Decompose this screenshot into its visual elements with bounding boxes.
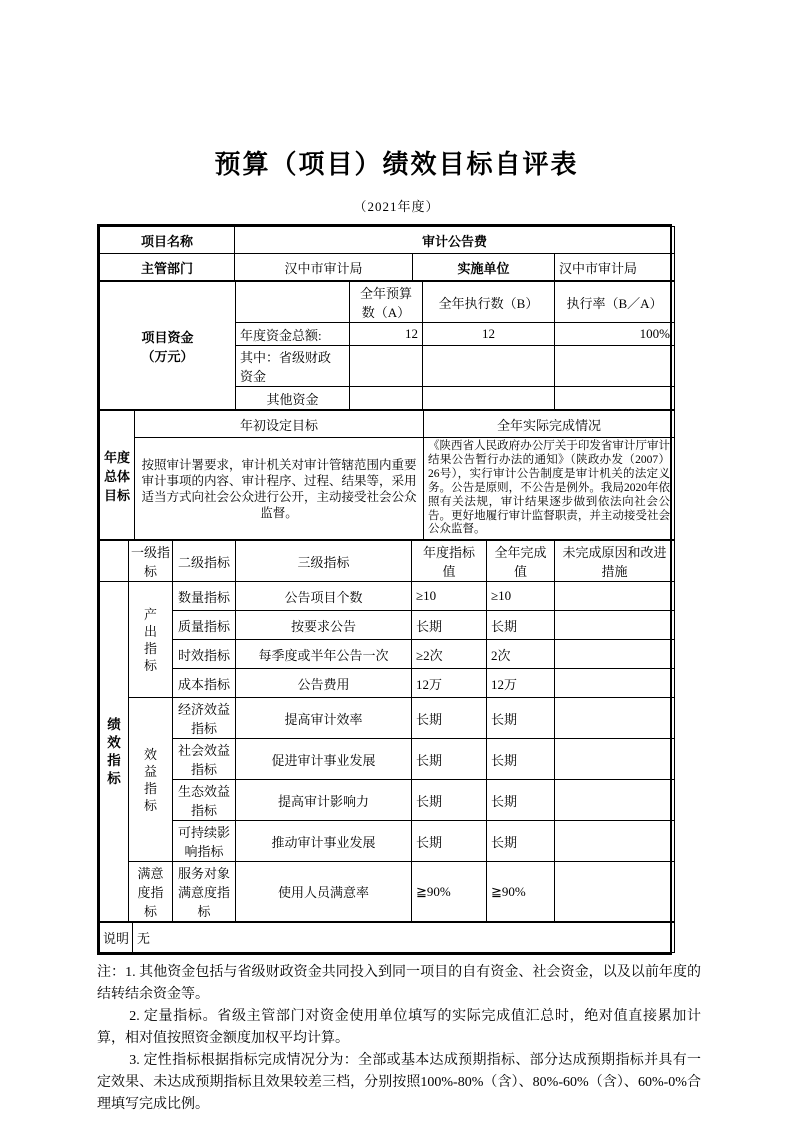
l3-cell: 使用人员满意率 [236,862,412,922]
done-value-cell: 2次 [487,640,555,669]
table-row: 说明 无 [100,923,675,953]
l3-cell: 按要求公告 [236,611,412,640]
done-value-cell: 长期 [487,780,555,821]
l2-cell: 成本指标 [173,669,236,698]
impl-label: 实施单位 [413,254,555,281]
annual-value-cell: 长期 [412,698,487,739]
annual-goal-label: 年度总体目标 [100,411,135,540]
table-row: 项目名称 审计公告费 [100,227,675,254]
l3-cell: 促进审计事业发展 [236,739,412,780]
annual-value-cell: 长期 [412,611,487,640]
done-value-cell: 长期 [487,821,555,862]
funds-section: 项目资金（万元） 全年预算数（A） 全年执行数（B） 执行率（B／A） 年度资金… [99,281,675,410]
table-row: 年度总体目标 年初设定目标 全年实际完成情况 [100,411,675,438]
group-benefit-label: 效益指标 [129,698,173,862]
reason-cell [555,739,675,780]
dept-value: 汉中市审计局 [235,254,413,281]
goal-set-text: 按照审计署要求，审计机关对审计管辖范围内重要审计事项的内容、审计程序、过程、结果… [135,438,424,540]
project-name-label: 项目名称 [100,227,235,254]
l3-cell: 提高审计效率 [236,698,412,739]
col-budget-header: 全年预算数（A） [350,282,423,323]
reason-cell [555,582,675,611]
funds-total-budget: 12 [350,323,423,346]
funds-other-exec [423,387,555,410]
l2-cell: 服务对象满意度指标 [173,862,236,922]
l2-cell: 社会效益指标 [173,739,236,780]
l2-cell: 经济效益指标 [173,698,236,739]
indicator-row: 成本指标 公告费用 12万 12万 [100,669,675,698]
done-value-cell: 长期 [487,739,555,780]
indicator-row: 社会效益指标 促进审计事业发展 长期 长期 [100,739,675,780]
l1-header: 一级指标 [129,541,173,582]
goal-actual-text: 《陕西省人民政府办公厅关于印发省审计厅审计结果公告暂行办法的通知》（陕政办发（2… [424,438,675,540]
l2-header: 二级指标 [173,541,236,582]
reason-cell [555,611,675,640]
table-row: 主管部门 汉中市审计局 实施单位 汉中市审计局 [100,254,675,281]
done-value-header: 全年完成值 [487,541,555,582]
funds-label: 项目资金（万元） [100,282,236,410]
l3-cell: 每季度或半年公告一次 [236,640,412,669]
funds-total-rate: 100% [555,323,675,346]
footnote-2: 2. 定量指标。省级主管部门对资金使用单位填写的实际完成值汇总时，绝对值直接累加… [97,1006,701,1050]
funds-provincial-rate [555,346,675,387]
indicator-row: 绩效指标 产出指标 数量指标 公告项目个数 ≥10 ≥10 [100,582,675,611]
done-value-cell: 长期 [487,611,555,640]
l2-cell: 数量指标 [173,582,236,611]
annual-value-cell: 长期 [412,821,487,862]
reason-cell [555,821,675,862]
funds-row-total-label: 年度资金总额: [236,323,350,346]
funds-provincial-budget [350,346,423,387]
footnotes: 注：1. 其他资金包括与省级财政资金共同投入到同一项目的自有资金、社会资金，以及… [97,962,701,1116]
l3-cell: 推动审计事业发展 [236,821,412,862]
annual-value-header: 年度指标值 [412,541,487,582]
basic-info-section: 项目名称 审计公告费 主管部门 汉中市审计局 实施单位 汉中市审计局 [99,226,675,281]
impl-value: 汉中市审计局 [555,254,675,281]
done-value-cell: 长期 [487,698,555,739]
remark-value: 无 [133,923,675,953]
l2-cell: 生态效益指标 [173,780,236,821]
remark-label: 说明 [100,923,133,953]
annual-value-cell: ≥10 [412,582,487,611]
indicator-row: 可持续影响指标 推动审计事业发展 长期 长期 [100,821,675,862]
done-value-cell: ≥10 [487,582,555,611]
annual-value-cell: 长期 [412,780,487,821]
annual-value-cell: ≥2次 [412,640,487,669]
funds-row-provincial-label: 其中：省级财政资金 [236,346,350,387]
done-value-cell: ≧90% [487,862,555,922]
footnote-1: 注：1. 其他资金包括与省级财政资金共同投入到同一项目的自有资金、社会资金，以及… [97,962,701,1006]
l2-cell: 时效指标 [173,640,236,669]
annual-value-cell: 12万 [412,669,487,698]
l2-cell: 质量指标 [173,611,236,640]
funds-row-other-label: 其他资金 [236,387,350,410]
remark-section: 说明 无 [99,922,675,953]
page-subtitle: （2021年度） [0,196,793,215]
indicator-row: 时效指标 每季度或半年公告一次 ≥2次 2次 [100,640,675,669]
indicator-row: 效益指标 经济效益指标 提高审计效率 长期 长期 [100,698,675,739]
l2-cell: 可持续影响指标 [173,821,236,862]
reason-cell [555,780,675,821]
group-output-label: 产出指标 [129,582,173,698]
funds-other-rate [555,387,675,410]
project-name-value: 审计公告费 [235,227,675,254]
l3-cell: 公告项目个数 [236,582,412,611]
l3-header: 三级指标 [236,541,412,582]
page-title: 预算（项目）绩效目标自评表 [0,0,793,181]
dept-label: 主管部门 [100,254,235,281]
annual-value-cell: ≧90% [412,862,487,922]
reason-cell [555,669,675,698]
annual-goal-section: 年度总体目标 年初设定目标 全年实际完成情况 按照审计署要求，审计机关对审计管辖… [99,410,675,540]
reason-header: 未完成原因和改进措施 [555,541,675,582]
indicator-row: 质量指标 按要求公告 长期 长期 [100,611,675,640]
group-satisfaction-label: 满意度指标 [129,862,173,922]
funds-provincial-exec [423,346,555,387]
goal-actual-header: 全年实际完成情况 [424,411,675,438]
table-row: 按照审计署要求，审计机关对审计管辖范围内重要审计事项的内容、审计程序、过程、结果… [100,438,675,540]
funds-other-budget [350,387,423,410]
goal-set-header: 年初设定目标 [135,411,424,438]
col-rate-header: 执行率（B／A） [555,282,675,323]
performance-section-label: 绩效指标 [100,582,129,922]
done-value-cell: 12万 [487,669,555,698]
indicator-row: 满意度指标 服务对象满意度指标 使用人员满意率 ≧90% ≧90% [100,862,675,922]
reason-cell [555,698,675,739]
footnote-3: 3. 定性指标根据指标完成情况分为：全部或基本达成预期指标、部分达成预期指标并具… [97,1050,701,1116]
empty-cell [236,282,350,323]
l3-cell: 公告费用 [236,669,412,698]
indicators-section: 一级指标 二级指标 三级指标 年度指标值 全年完成值 未完成原因和改进措施 绩效… [99,540,675,922]
reason-cell [555,862,675,922]
table-row: 项目资金（万元） 全年预算数（A） 全年执行数（B） 执行率（B／A） [100,282,675,323]
reason-cell [555,640,675,669]
annual-value-cell: 长期 [412,739,487,780]
self-evaluation-table: 项目名称 审计公告费 主管部门 汉中市审计局 实施单位 汉中市审计局 项目资金（… [97,224,672,955]
empty-cell [100,541,129,582]
indicator-row: 生态效益指标 提高审计影响力 长期 长期 [100,780,675,821]
funds-total-exec: 12 [423,323,555,346]
indicators-header-row: 一级指标 二级指标 三级指标 年度指标值 全年完成值 未完成原因和改进措施 [100,541,675,582]
col-exec-header: 全年执行数（B） [423,282,555,323]
l3-cell: 提高审计影响力 [236,780,412,821]
